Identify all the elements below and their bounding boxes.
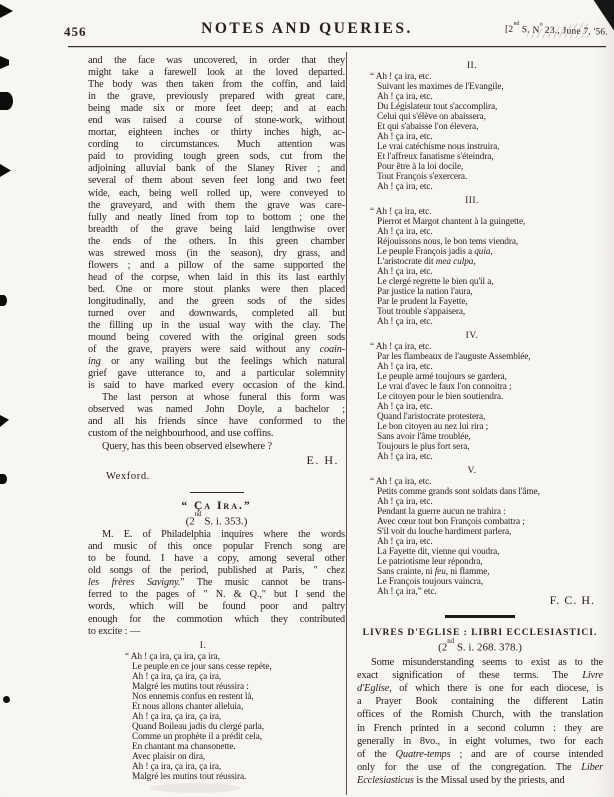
text-line: Le patriotisme leur répondra, bbox=[377, 557, 603, 567]
text-line: longitudinally, and the green sods of th… bbox=[88, 296, 345, 308]
text-line: The last person at whose funeral this fo… bbox=[88, 392, 345, 404]
text-line: observed was named John Doyle, a bachelo… bbox=[88, 404, 345, 416]
text-line: Le peuple François jadis a quia, bbox=[377, 247, 603, 257]
text-line: Petits comme grands sont soldats dans l'… bbox=[377, 487, 603, 497]
text-line: Ah ! ça ira, etc. bbox=[377, 362, 603, 372]
text-line: the ends of the others. In this green ch… bbox=[88, 236, 345, 248]
text-line: Comme un prophète il a prédit cela, bbox=[132, 732, 345, 742]
text-line: Par les flambeaux de l'auguste Assemblée… bbox=[377, 352, 603, 362]
text-line: to excite : — bbox=[88, 626, 345, 638]
text-line: “ Ah ! ça ira, etc. bbox=[377, 477, 603, 487]
text-line: Pour être à la loi docile, bbox=[377, 162, 603, 172]
text-line: Le peuple en ce jour sans cesse repète, bbox=[132, 662, 345, 672]
text-line: of the Quatre-temps ; and are of course … bbox=[357, 748, 603, 761]
text-line: to be found. I have a copy, among severa… bbox=[88, 553, 345, 565]
text-line: Ah ! ça ira, etc. bbox=[377, 182, 603, 192]
text-line: M. E. of Philadelphia inquires where the… bbox=[88, 529, 345, 541]
text-line: Le vrai catéchisme nous instruira, bbox=[377, 142, 603, 152]
text-line: wide, each, being well rolled up, were c… bbox=[88, 188, 345, 200]
burial-article-paragraph: and the face was uncovered, in order tha… bbox=[88, 55, 345, 392]
text-line: “ Ah ! ça ira, etc. bbox=[377, 207, 603, 217]
text-line: “ Ah ! ça ira, ça ira, ça ira, bbox=[132, 652, 345, 662]
text-line: the graveyard, and with them the grave w… bbox=[88, 200, 345, 212]
text-line: in French printed in a second column : t… bbox=[357, 722, 603, 735]
location-line: Wexford. bbox=[88, 471, 345, 483]
text-line: Pendant la guerre aucun ne trahira : bbox=[377, 507, 603, 517]
verse-number: IV. bbox=[367, 331, 577, 342]
scan-artifact bbox=[150, 783, 240, 793]
text-line: ing or any wailing but the feelings whic… bbox=[88, 356, 345, 368]
text-line: S'il voit du louche hardiment parlera, bbox=[377, 527, 603, 537]
text-line: mound being covered with the original gr… bbox=[88, 332, 345, 344]
text-line: bed. One or more stout planks were then … bbox=[88, 284, 345, 296]
scan-artifact bbox=[3, 696, 10, 703]
verse-number: V. bbox=[367, 466, 577, 477]
text-line: breadth of the grave being laid lengthwi… bbox=[88, 224, 345, 236]
text-line: paid to providing tough green sods, cut … bbox=[88, 151, 345, 163]
text-line: Ah ! ça ira, etc. bbox=[377, 227, 603, 237]
text-line: Réjouissons nous, le bon tems viendra, bbox=[377, 237, 603, 247]
text-line: cording to circumstances. Much attention… bbox=[88, 139, 345, 151]
text-line: Some misunderstanding seems to exist as … bbox=[357, 656, 603, 669]
text-line: Ah ! ça ira, etc. bbox=[377, 497, 603, 507]
scan-artifact bbox=[0, 92, 13, 110]
text-line: head of the corpse, when laid in this it… bbox=[88, 272, 345, 284]
text-line: Du Législateur tout s'accomplira, bbox=[377, 102, 603, 112]
text-line: d'Eglise, of which there is one for each… bbox=[357, 682, 603, 695]
burial-article-paragraph: The last person at whose funeral this fo… bbox=[88, 392, 345, 440]
scan-artifact bbox=[0, 56, 9, 69]
text-line: Ah ! ça ira, ça ira, ça ira, bbox=[132, 672, 345, 682]
scan-artifact bbox=[0, 415, 9, 427]
text-line: Ah ! ça ira, etc. bbox=[377, 537, 603, 547]
text-line: Nos ennemis confus en restent là, bbox=[132, 692, 345, 702]
text-line: turned over and downwards, completed all… bbox=[88, 308, 345, 320]
section-separator bbox=[445, 615, 515, 618]
text-line: Ah ! ça ira, etc. bbox=[377, 132, 603, 142]
verse-stanza: “ Ah ! ça ira, etc.Suivant les maximes d… bbox=[357, 72, 603, 192]
article-title-ca-ira: “ Ça Ira.” bbox=[88, 500, 345, 512]
text-line: Le vrai d'avec le faux l'on connoitra ; bbox=[377, 382, 603, 392]
text-line: Tout trouble s'appaisera, bbox=[377, 307, 603, 317]
text-line: Ah ! ça ira, ça ira, ça ira, bbox=[132, 762, 345, 772]
text-line: the filling up in the usual way with the… bbox=[88, 320, 345, 332]
text-line: La Fayette dit, vienne qui voudra, bbox=[377, 547, 603, 557]
text-line: Tout François s'exercera. bbox=[377, 172, 603, 182]
text-line: and music of this once popular French so… bbox=[88, 541, 345, 553]
text-line: adjoining alluvial bank of the Slaney Ri… bbox=[88, 163, 345, 175]
text-line: L'aristocrate dit mea culpa, bbox=[377, 257, 603, 267]
section-separator bbox=[190, 492, 244, 493]
text-line: Ah ! ça ira, etc. bbox=[377, 267, 603, 277]
text-line: En chantant ma chansonette. bbox=[132, 742, 345, 752]
article-title-livres: LIVRES D'EGLISE : LIBRI ECCLESIASTICI. bbox=[357, 628, 603, 638]
text-line: generally in 8vo., in eight volumes, two… bbox=[357, 735, 603, 748]
right-column: II. “ Ah ! ça ira, etc.Suivant les maxim… bbox=[357, 55, 603, 788]
verse-number: II. bbox=[367, 61, 577, 72]
header-rule bbox=[68, 46, 606, 47]
scan-artifact bbox=[0, 474, 7, 484]
query-line: Query, has this been observed elsewhere … bbox=[88, 441, 345, 453]
text-line: enough for the commotion which they cont… bbox=[88, 614, 345, 626]
verse-number: I. bbox=[98, 641, 308, 652]
text-line: Quand l'aristocrate protestera, bbox=[377, 412, 603, 422]
text-line: Et qui s'abaisse l'on élevera, bbox=[377, 122, 603, 132]
text-line: Malgré les mutins tout réussira. bbox=[132, 772, 345, 782]
scanned-page: 456 NOTES AND QUERIES. [2nd S. No 23., J… bbox=[0, 0, 614, 797]
text-line: ferred to the pages of " N. & Q.," but I… bbox=[88, 589, 345, 601]
article-reference: (2nd S. i. 353.) bbox=[88, 515, 345, 528]
text-line: Et l'affreux fanatisme s'éteindra, bbox=[377, 152, 603, 162]
text-line: a Prayer Book containing the different L… bbox=[357, 695, 603, 708]
text-line: might take a farewell look at the loved … bbox=[88, 67, 345, 79]
text-line: Ah ! ça ira, etc. bbox=[377, 317, 603, 327]
text-line: Ah ! ça ira, etc. bbox=[377, 402, 603, 412]
scan-artifact bbox=[0, 295, 7, 306]
verse-number: III. bbox=[367, 196, 577, 207]
livres-article-paragraph: Some misunderstanding seems to exist as … bbox=[357, 656, 603, 788]
text-line: Par justice la nation l'aura, bbox=[377, 287, 603, 297]
text-line: old songs of the period, published at Pa… bbox=[88, 565, 345, 577]
text-line: only for the use of the congregation. Th… bbox=[357, 761, 603, 774]
text-line: “ Ah ! ça ira, etc. bbox=[377, 72, 603, 82]
text-line: flowers ; and a pillow of the same suppo… bbox=[88, 260, 345, 272]
text-line: Toujours le plus fort sera, bbox=[377, 442, 603, 452]
text-line: Ah ! ça ira, etc. bbox=[377, 452, 603, 462]
text-line: Pierrot et Margot chantent à la guingett… bbox=[377, 217, 603, 227]
scan-artifact bbox=[0, 164, 11, 177]
left-column: and the face was uncovered, in order tha… bbox=[88, 55, 345, 782]
text-line: Ah ! ça ira, etc. bbox=[377, 92, 603, 102]
text-line: Sans crainte, ni feu, ni flamme, bbox=[377, 567, 603, 577]
text-line: being made six or more feet deep; and at… bbox=[88, 103, 345, 115]
verse-stanza: “ Ah ! ça ira, etc.Pierrot et Margot cha… bbox=[357, 207, 603, 327]
text-line: Le François toujours vaincra, bbox=[377, 577, 603, 587]
text-line: Celui qui s'élève on abaissera, bbox=[377, 112, 603, 122]
text-line: Le citoyen pour le bien soutiendra. bbox=[377, 392, 603, 402]
text-line: was strewed moss (in the season), dry gr… bbox=[88, 248, 345, 260]
text-line: Ah ! ça ira, ça ira, ça ira, bbox=[132, 712, 345, 722]
text-line: is said to have marked every occasion of… bbox=[88, 380, 345, 392]
text-line: grief gave utterance to, and a particula… bbox=[88, 368, 345, 380]
text-line: of the grave, prayers were said without … bbox=[88, 344, 345, 356]
text-line: “ Ah ! ça ira, etc. bbox=[377, 342, 603, 352]
text-line: offices of the Romish Church, with the t… bbox=[357, 708, 603, 721]
text-line: Quand Boileau jadis du clergé parla, bbox=[132, 722, 345, 732]
text-line: Suivant les maximes de l'Evangile, bbox=[377, 82, 603, 92]
text-line: les frères Savigny." The music cannot be… bbox=[88, 577, 345, 589]
scan-artifact bbox=[0, 4, 13, 18]
text-line: Avec cœur tout bon François combattra ; bbox=[377, 517, 603, 527]
text-line: Le clergé regrette le bien qu'il a, bbox=[377, 277, 603, 287]
text-line: and the face was uncovered, in order tha… bbox=[88, 55, 345, 67]
text-line: Malgré les mutins tout réussira : bbox=[132, 682, 345, 692]
text-line: custom of the neighbourhood, and use cof… bbox=[88, 428, 345, 440]
text-line: Ecclesiasticus is the Missal used by the… bbox=[357, 774, 603, 787]
text-line: words, which will be found poor and palt… bbox=[88, 601, 345, 613]
signature-eh: E. H. bbox=[88, 454, 345, 467]
text-line: and all his friends since have conformed… bbox=[88, 416, 345, 428]
text-line: The body was then taken from the coffin,… bbox=[88, 79, 345, 91]
text-line: Le peuple armé toujours se gardera, bbox=[377, 372, 603, 382]
text-line: end was raised a course of stone-work, w… bbox=[88, 115, 345, 127]
article-reference: (2nd S. i. 268. 378.) bbox=[357, 641, 603, 654]
verse-stanza: “ Ah ! ça ira, ça ira, ça ira,Le peuple … bbox=[88, 652, 345, 782]
text-line: exact signification of these terms. The … bbox=[357, 669, 603, 682]
text-line: mortar, eighteen inches or thirty inches… bbox=[88, 127, 345, 139]
verse-stanza: “ Ah ! ça ira, etc.Petits comme grands s… bbox=[357, 477, 603, 597]
text-line: in the grave, previously prepared with g… bbox=[88, 91, 345, 103]
ca-ira-intro-paragraph: M. E. of Philadelphia inquires where the… bbox=[88, 529, 345, 637]
text-line: Et nous allons chanter alleluia, bbox=[132, 702, 345, 712]
text-line: fully and neatly lined from top to botto… bbox=[88, 212, 345, 224]
text-line: several of them about seven feet long an… bbox=[88, 175, 345, 187]
text-line: Le bon citoyen au nez lui rira ; bbox=[377, 422, 603, 432]
verse-stanza: “ Ah ! ça ira, etc.Par les flambeaux de … bbox=[357, 342, 603, 462]
column-divider bbox=[346, 52, 347, 795]
text-line: Avec plaisir on dira, bbox=[132, 752, 345, 762]
text-line: Par le prudent la Fayette, bbox=[377, 297, 603, 307]
text-line: Sans avoir l'âme troublée, bbox=[377, 432, 603, 442]
